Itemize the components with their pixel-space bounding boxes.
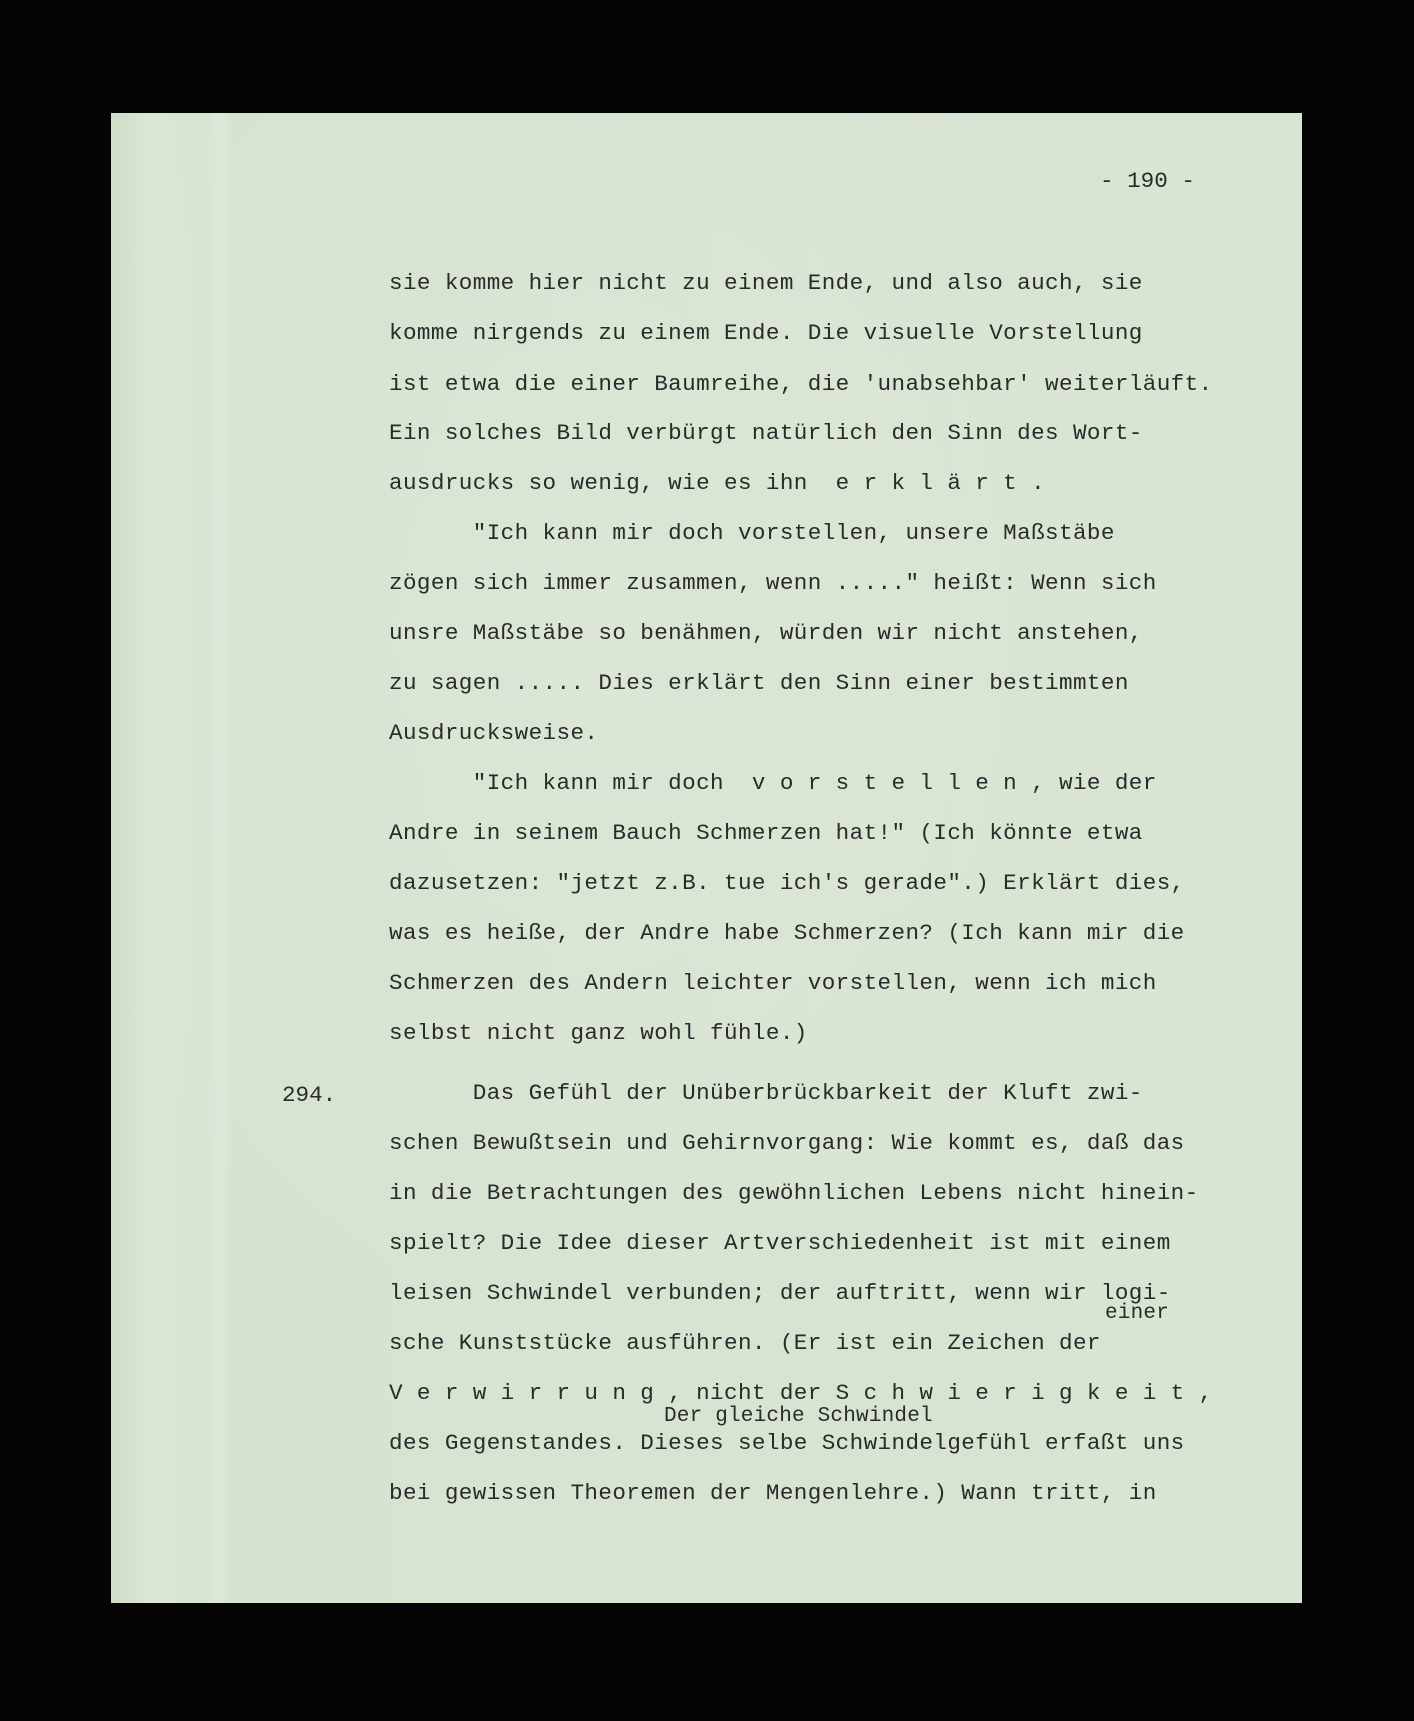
text-line: leisen Schwindel verbunden; der auftritt… (389, 1282, 1171, 1305)
text-line: dazusetzen: "jetzt z.B. tue ich's gerade… (389, 872, 1185, 895)
text-line: Andre in seinem Bauch Schmerzen hat!" (I… (389, 822, 1143, 845)
text-line: ist etwa die einer Baumreihe, die 'unabs… (389, 373, 1213, 396)
text-line: bei gewissen Theoremen der Mengenlehre.)… (389, 1482, 1157, 1505)
text-line: selbst nicht ganz wohl fühle.) (389, 1022, 808, 1045)
text-line: sie komme hier nicht zu einem Ende, und … (389, 272, 1143, 295)
text-line: schen Bewußtsein und Gehirnvorgang: Wie … (389, 1132, 1185, 1155)
paragraph-number: 294. (282, 1082, 336, 1108)
text-line: ausdrucks so wenig, wie es ihn e r k l ä… (389, 472, 1045, 495)
page-number: - 190 - (1100, 168, 1195, 194)
interlinear-insertion: Der gleiche Schwindel (664, 1405, 933, 1428)
text-line: V e r w i r r u n g , nicht der S c h w … (389, 1382, 1213, 1405)
paper-fold-shadow (206, 113, 234, 1603)
text-line: unsre Maßstäbe so benähmen, würden wir n… (389, 622, 1143, 645)
text-line: Ausdrucksweise. (389, 722, 598, 745)
text-line: in die Betrachtungen des gewöhnlichen Le… (389, 1182, 1199, 1205)
text-line: des Gegenstandes. Dieses selbe Schwindel… (389, 1432, 1185, 1455)
text-line: Das Gefühl der Unüberbrückbarkeit der Kl… (389, 1082, 1143, 1105)
text-line: zögen sich immer zusammen, wenn ....." h… (389, 572, 1157, 595)
text-line: "Ich kann mir doch v o r s t e l l e n ,… (389, 772, 1157, 795)
text-line: was es heiße, der Andre habe Schmerzen? … (389, 922, 1185, 945)
text-line: Ein solches Bild verbürgt natürlich den … (389, 422, 1143, 445)
text-line: spielt? Die Idee dieser Artverschiedenhe… (389, 1232, 1171, 1255)
text-line: zu sagen ..... Dies erklärt den Sinn ein… (389, 672, 1129, 695)
text-line: sche Kunststücke ausführen. (Er ist ein … (389, 1332, 1101, 1355)
text-line: Schmerzen des Andern leichter vorstellen… (389, 972, 1157, 995)
interlinear-insertion: einer (1105, 1302, 1169, 1325)
text-line: komme nirgends zu einem Ende. Die visuel… (389, 322, 1143, 345)
text-line: "Ich kann mir doch vorstellen, unsere Ma… (389, 522, 1115, 545)
